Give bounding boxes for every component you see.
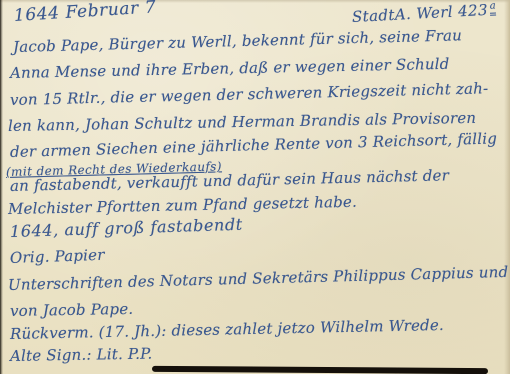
bottom-edge-shadow <box>152 366 488 374</box>
material-note: Orig. Papier <box>10 246 105 267</box>
archive-signature: StadtA. Werl 423a <box>352 0 497 26</box>
dating-note: 1644, auff groß fastabendt <box>10 215 243 241</box>
body-line-3: von 15 Rtlr., die er wegen der schweren … <box>10 79 489 109</box>
body-line-5: der armen Siechen eine jährliche Rente v… <box>10 129 498 161</box>
verso-note: Rückverm. (17. Jh.): dieses zahlet jetzo… <box>10 316 444 343</box>
body-line-2: Anna Mense und ihre Erben, daß er wegen … <box>10 55 450 82</box>
left-edge-shadow <box>0 0 3 374</box>
old-signature-note: Alte Sign.: Lit. P.P. <box>10 345 153 365</box>
right-edge-shading <box>504 0 510 374</box>
signature-note-line-2: von Jacob Pape. <box>10 300 134 320</box>
archive-signature-superscript: a <box>489 0 496 15</box>
signature-note-line-1: Unterschriften des Notars und Sekretärs … <box>8 263 509 294</box>
body-line-1: Jacob Pape, Bürger zu Werll, bekennt für… <box>13 26 463 56</box>
body-line-7: Melchister Pfortten zum Pfand gesetzt ha… <box>8 193 357 218</box>
archive-index-card: 1644 Februar 7 StadtA. Werl 423a Jacob P… <box>0 0 510 374</box>
archive-signature-label: StadtA. Werl 423 <box>352 1 489 26</box>
card-date-heading: 1644 Februar 7 <box>13 0 156 26</box>
